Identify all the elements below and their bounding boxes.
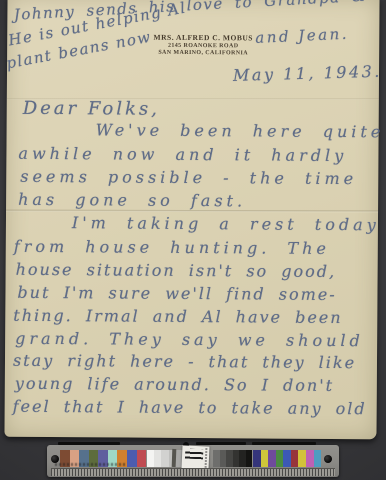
ruler-fine-print [55, 463, 125, 466]
letterhead-address-line1: 2145 ROANOKE ROAD [147, 43, 259, 50]
barcode-bars [185, 449, 203, 460]
color-swatch [306, 450, 314, 467]
ruler-top-mark [252, 442, 316, 445]
barcode-edge-marks [205, 448, 208, 467]
color-swatch [314, 450, 322, 467]
printed-letterhead: MRS. ALFRED C. MOBUS 2145 ROANOKE ROAD S… [147, 33, 259, 57]
body-line: thing. Irmal and Al have been [13, 308, 342, 326]
body-line: We've been here quite [96, 122, 385, 140]
ruler-tab-mark [172, 449, 177, 467]
body-line: feel that I have to take any old [13, 399, 367, 417]
salutation: Dear Folks, [23, 100, 160, 119]
color-swatch [137, 450, 147, 467]
body-line: house situation isn't so good, [16, 262, 337, 280]
body-line: I'm taking a rest today [72, 215, 380, 233]
paper-crease [6, 210, 378, 213]
color-swatch [291, 450, 299, 467]
scan-background: { "palette": { "background": "#39393c", … [0, 0, 386, 480]
color-swatch [161, 450, 168, 467]
color-swatch [283, 450, 291, 467]
color-patch-strip-right [253, 450, 321, 467]
handwritten-top-note-line2: and Jean. [255, 27, 349, 46]
screw-hole-left [51, 455, 59, 463]
color-swatch [147, 450, 154, 467]
letterhead-name: MRS. ALFRED C. MOBUS [147, 33, 259, 43]
body-line: but I'm sure we'll find some- [17, 285, 336, 303]
letterhead-address-line2: SAN MARINO, CALIFORNIA [147, 50, 259, 57]
color-swatch [276, 450, 284, 467]
color-swatch [246, 450, 253, 467]
body-line: young life around. So I don't [15, 376, 334, 394]
body-line: has gone so fast. [18, 192, 246, 210]
color-swatch [253, 450, 261, 467]
body-line: grand. They say we should [15, 331, 364, 349]
body-line: awhile now and it hardly [18, 146, 347, 164]
screw-hole-right [324, 455, 332, 463]
ruler-top-mark [58, 442, 120, 445]
letter-page: Johnny sends his love to Grandpa & Grand… [4, 0, 379, 439]
ruler-tick-scale [51, 468, 335, 476]
color-calibration-bar [47, 445, 339, 477]
color-swatch [154, 450, 161, 467]
body-line: stay right here - that they like [13, 353, 356, 371]
body-line: from house hunting. The [14, 239, 330, 257]
barcode-label [182, 445, 210, 469]
color-swatch [261, 450, 269, 467]
color-swatch [298, 450, 306, 467]
color-swatch [127, 450, 137, 467]
dark-step-strip [213, 450, 252, 467]
grayscale-step-strip [147, 450, 183, 467]
color-swatch [268, 450, 276, 467]
body-line: seems possible - the time [20, 169, 357, 187]
date-line: May 11, 1943. [233, 64, 382, 84]
ruler-top-mark [196, 442, 246, 445]
